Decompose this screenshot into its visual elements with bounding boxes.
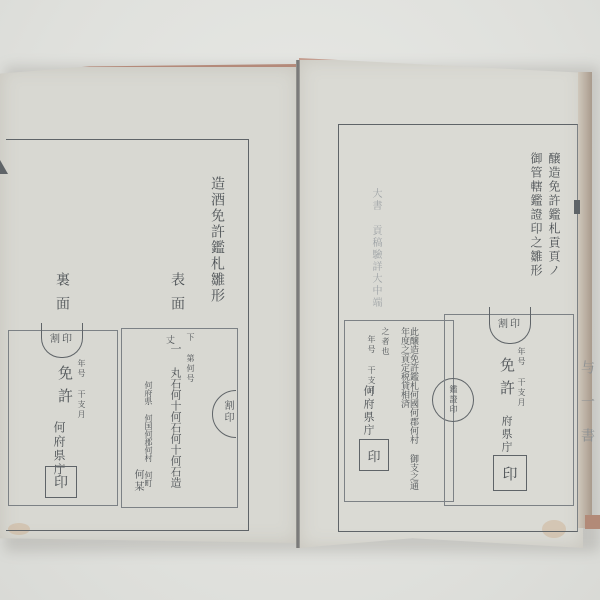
issuer-text: 何府県庁	[363, 385, 374, 437]
margin-handwriting: 与 一 書	[580, 360, 594, 444]
right-title-line-2: 御管轄鑑證印之雛形	[530, 152, 542, 278]
right-right-form: 割印 年号 干支月 免許 府県庁 印	[444, 314, 574, 506]
issuer-text: 府県庁	[501, 415, 512, 454]
seal-label: 割印	[50, 335, 74, 345]
show-through-text: 大書 貢稿驗詳大中端	[350, 188, 380, 309]
page-stack-edge	[578, 72, 592, 528]
page-stack-corner	[585, 515, 600, 529]
license-text: 免許	[499, 357, 514, 403]
square-seal: 印	[359, 439, 389, 471]
name-text: 何某	[132, 469, 142, 493]
seal-glyph: 印	[502, 463, 517, 484]
right-title-line-1: 醸造免許鑑札貢頁ノ	[548, 152, 560, 278]
seal-glyph: 印	[54, 472, 68, 492]
quantity-text: 一 丸石何十何石何十何石造	[170, 343, 181, 488]
seal-glyph: 印	[367, 446, 380, 465]
date-text: 年号 干支月	[517, 347, 525, 408]
address-text: 何府県 何国何郡何村 何町	[144, 381, 152, 487]
seal-label: 割印	[222, 400, 232, 424]
margin-mark	[574, 200, 580, 214]
tally-seal-circle: 割印	[489, 307, 531, 344]
seal-label: 割印	[498, 320, 522, 330]
left-page-title: 造酒免許鑑札雛形	[210, 176, 224, 304]
front-side-label: 表面	[170, 272, 184, 320]
square-seal: 印	[45, 466, 77, 498]
square-seal: 印	[493, 455, 527, 491]
serial-number-text: 下 第何号	[186, 333, 194, 384]
book-gutter	[296, 60, 300, 548]
form-body-text: 此醸造免許鑑札何國何郡何村 御支之通年度之貢定税貸相済	[399, 327, 417, 497]
back-side-form: 割印 年号 干支月 免許 何府県庁 印	[8, 330, 118, 506]
tally-seal-circle: 割印	[41, 323, 83, 358]
form-tail-text: 之者也	[381, 327, 389, 357]
license-text: 免許	[57, 365, 72, 411]
date-text: 年号 干支月	[77, 359, 85, 420]
back-side-label: 裏面	[55, 272, 69, 320]
book-photo: 造酒免許鑑札雛形 裏面 表面 割印 年号 干支月 免許 何府県庁 印 下 第何号…	[0, 0, 600, 600]
